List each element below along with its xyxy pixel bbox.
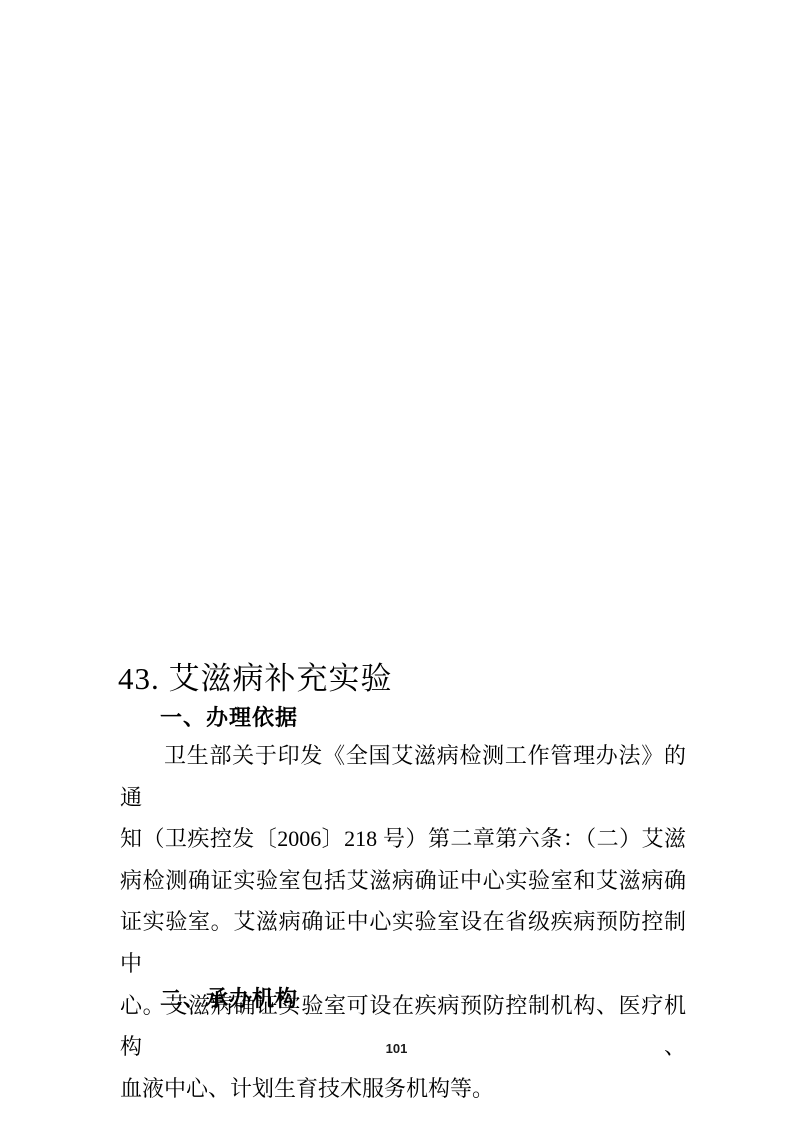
paragraph-line: 血液中心、计划生育技术服务机构等。 — [120, 1068, 686, 1110]
document-page: 43. 艾滋病补充实验 一、办理依据 卫生部关于印发《全国艾滋病检测工作管理办法… — [0, 0, 793, 1122]
document-title: 43. 艾滋病补充实验 — [118, 663, 393, 694]
section-heading-agency: 二、承办机构 — [160, 988, 298, 1010]
paragraph-line: 证实验室。艾滋病确证中心实验室设在省级疾病预防控制中 — [120, 901, 686, 984]
paragraph-line: 病检测确证实验室包括艾滋病确证中心实验室和艾滋病确 — [120, 860, 686, 902]
paragraph-line: 卫生部关于印发《全国艾滋病检测工作管理办法》的通 — [120, 735, 686, 818]
section-heading-basis: 一、办理依据 — [160, 707, 298, 729]
page-number: 101 — [0, 1042, 793, 1055]
paragraph-line: 知（卫疾控发〔2006〕218 号）第二章第六条：（二）艾滋 — [120, 818, 686, 860]
